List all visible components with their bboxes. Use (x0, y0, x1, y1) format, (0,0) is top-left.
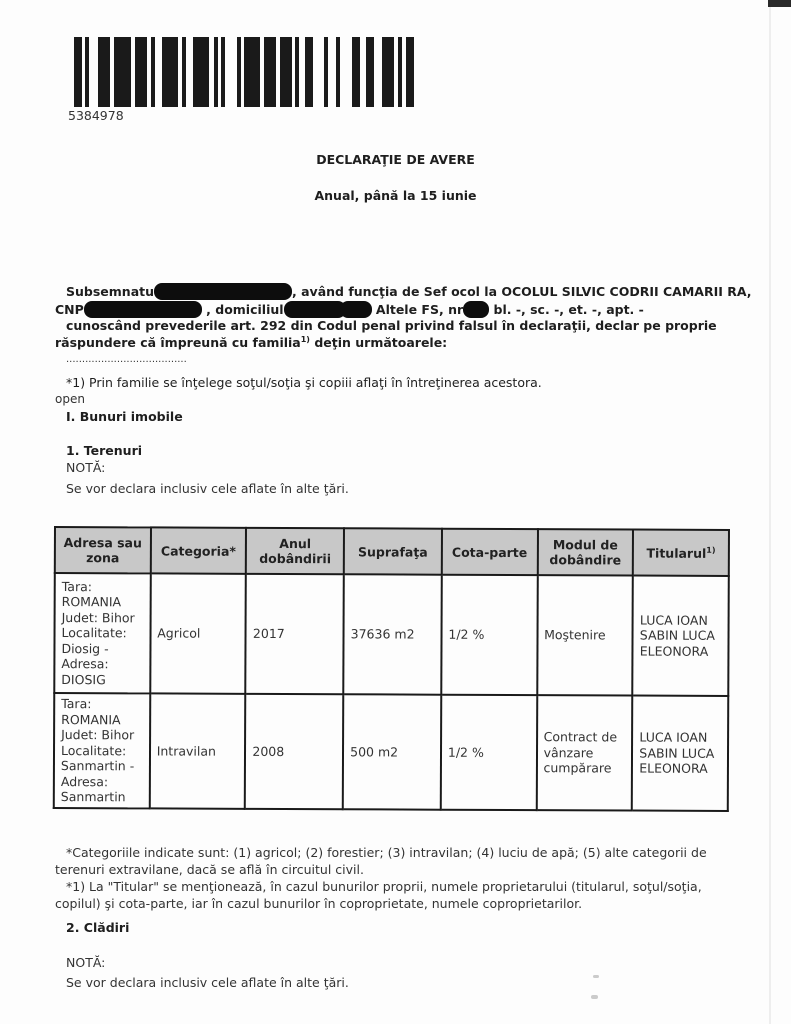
document-title: DECLARAŢIE DE AVERE (0, 152, 791, 167)
redacted-name (154, 283, 292, 300)
footnote-family: *1) Prin familie se înţelege soţul/soţia… (66, 375, 542, 390)
barcode-bar (280, 37, 292, 107)
document-subtitle: Anual, până la 15 iunie (0, 188, 791, 203)
barcode-bar (74, 37, 82, 107)
barcode-bar (305, 37, 313, 107)
redacted-address (284, 301, 346, 318)
intro-line-4: răspundere că împreună cu familia (55, 335, 301, 350)
barcode-bar (98, 37, 110, 107)
subsection-heading-cladiri: 2. Clădiri (66, 920, 129, 935)
cell-cota: 1/2 % (441, 575, 537, 695)
nota-text-2: Se vor declara inclusiv cele aflate în a… (66, 975, 349, 990)
barcode-bar (120, 37, 131, 107)
nota-label-2: NOTĂ: (66, 955, 105, 970)
intro-line-4-end: deţin următoarele: (310, 335, 447, 350)
cnp-label: CNP (55, 302, 84, 317)
barcode (74, 37, 426, 107)
open-label: open (55, 392, 85, 406)
address-tail: bl. -, sc. -, et. -, apt. - (489, 302, 644, 317)
footnote-titular-line-2: copilul) şi cota-parte, iar în cazul bun… (55, 896, 735, 913)
cell-modul: Moştenire (537, 575, 633, 695)
barcode-bar (214, 37, 218, 107)
footnote-ref: 1) (301, 334, 310, 343)
footnote-titular-line-1: *1) La "Titular" se menţionează, în cazu… (55, 879, 735, 896)
titular-footnote-ref: 1) (706, 545, 715, 554)
barcode-bar (264, 37, 276, 107)
barcode-bar (406, 37, 414, 107)
cell-modul: Contract de vânzare cumpărare (536, 695, 632, 810)
barcode-bar (324, 37, 328, 107)
footnote-categorii: *Categoriile indicate sunt: (1) agricol;… (55, 845, 735, 878)
redacted-cnp (84, 301, 202, 318)
section-heading-bunuri-imobile: I. Bunuri imobile (66, 409, 183, 424)
barcode-bar (182, 37, 186, 107)
function-text: , având funcţia de Sef ocol la OCOLUL SI… (292, 284, 752, 299)
col-header-modul: Modul de dobândire (537, 529, 633, 575)
barcode-bar (221, 37, 225, 107)
barcode-bar (352, 37, 360, 107)
footnote-titular: *1) La "Titular" se menţionează, în cazu… (55, 879, 735, 912)
address-text: Altele FS, nr (372, 302, 464, 317)
redacted-number (463, 301, 489, 318)
scan-corner-artifact (768, 0, 791, 7)
scan-speck (591, 995, 598, 999)
cell-categoria: Intravilan (149, 693, 245, 808)
barcode-bar (295, 37, 299, 107)
col-header-suprafata: Suprafaţa (344, 528, 442, 574)
barcode-bar (382, 37, 394, 107)
declarant-intro: Subsemnatu, având funcţia de Sef ocol la… (55, 283, 755, 351)
subsemnat-label: Subsemnatu (66, 284, 154, 299)
col-header-anul: Anul dobândirii (246, 528, 344, 574)
dotted-line: ...................................... (66, 354, 187, 365)
cell-adresa: Tara: ROMANIA Judet: Bihor Localitate: D… (54, 573, 150, 693)
col-header-adresa: Adresa sau zona (55, 527, 151, 573)
barcode-bar (135, 37, 147, 107)
table-header-row: Adresa sau zona Categoria* Anul dobândir… (55, 527, 729, 576)
cell-categoria: Agricol (150, 573, 246, 693)
cell-adresa: Tara: ROMANIA Judet: Bihor Localitate: S… (54, 693, 150, 808)
footnote-categorii-line-1: *Categoriile indicate sunt: (1) agricol;… (55, 845, 735, 862)
barcode-bar (366, 37, 374, 107)
col-header-titular: Titularul1) (633, 530, 729, 576)
scan-speck (593, 975, 599, 978)
cell-titular: LUCA IOAN SABIN LUCA ELEONORA (633, 576, 729, 696)
table-row: Tara: ROMANIA Judet: Bihor Localitate: S… (54, 693, 728, 810)
nota-label: NOTĂ: (66, 460, 105, 475)
cell-titular: LUCA IOAN SABIN LUCA ELEONORA (632, 696, 728, 811)
barcode-bar (162, 37, 178, 107)
cell-anul: 2008 (245, 694, 343, 809)
barcode-bar (336, 37, 340, 107)
barcode-bar (151, 37, 155, 107)
barcode-number: 5384978 (68, 108, 124, 123)
domiciliu-label: , domiciliul (202, 302, 284, 317)
col-header-categoria: Categoria* (150, 527, 246, 573)
cell-suprafata: 500 m2 (343, 694, 441, 809)
barcode-bar (398, 37, 402, 107)
titular-header-text: Titularul (646, 545, 706, 560)
footnote-categorii-line-2: terenuri extravilane, dacă se află în ci… (55, 862, 735, 879)
subsection-heading-terenuri: 1. Terenuri (66, 443, 142, 458)
cell-suprafata: 37636 m2 (343, 574, 441, 694)
cell-cota: 1/2 % (441, 695, 537, 810)
barcode-bar (244, 37, 260, 107)
nota-text: Se vor declara inclusiv cele aflate în a… (66, 481, 349, 496)
barcode-bar (237, 37, 241, 107)
col-header-cota: Cota-parte (442, 529, 538, 575)
barcode-bar (85, 37, 89, 107)
table-row: Tara: ROMANIA Judet: Bihor Localitate: D… (54, 573, 729, 696)
cell-anul: 2017 (246, 574, 344, 694)
intro-line-3: cunoscând prevederile art. 292 din Codul… (55, 318, 755, 335)
redacted-address-2 (340, 301, 372, 318)
barcode-bar (193, 37, 209, 107)
terenuri-table: Adresa sau zona Categoria* Anul dobândir… (53, 526, 730, 811)
